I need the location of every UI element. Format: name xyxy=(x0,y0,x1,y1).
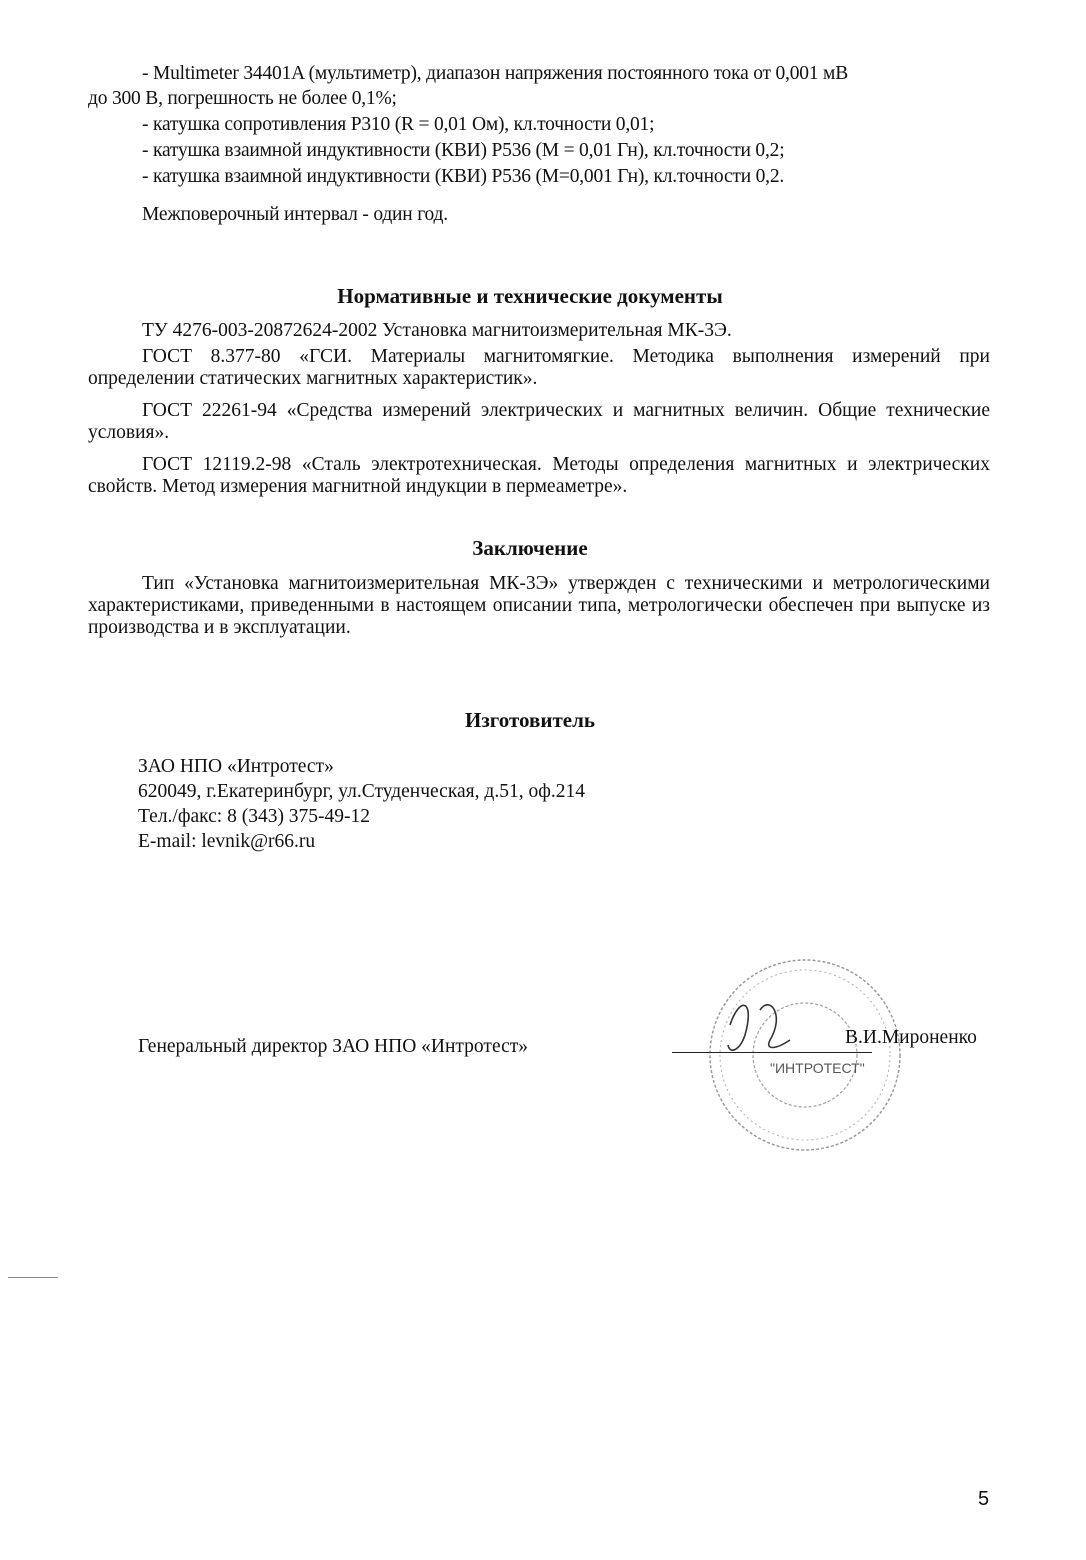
section-title-conclusion: Заключение xyxy=(80,536,980,561)
scan-artifact xyxy=(8,1277,58,1278)
svg-text:"ИНТРОТЕСТ": "ИНТРОТЕСТ" xyxy=(770,1060,865,1076)
equipment-item-multimeter-cont: до 300 В, погрешность не более 0,1%; xyxy=(88,88,397,110)
calibration-interval: Межповерочный интервал - один год. xyxy=(142,204,448,226)
page-number: 5 xyxy=(978,1488,989,1511)
manufacturer-phone: Тел./факс: 8 (343) 375-49-12 xyxy=(138,806,370,828)
normative-doc-gost-8377: ГОСТ 8.377-80 «ГСИ. Материалы магнитомяг… xyxy=(88,346,990,390)
equipment-item-inductance-coil-1: - катушка взаимной индуктивности (КВИ) Р… xyxy=(142,140,784,162)
document-page: - Multimeter 34401A (мультиметр), диапаз… xyxy=(0,0,1086,1560)
signature-line xyxy=(672,1052,872,1053)
official-seal-stamp-icon: "ИНТРОТЕСТ" xyxy=(700,955,915,1155)
equipment-item-resistance-coil: - катушка сопротивления Р310 (R = 0,01 О… xyxy=(142,114,654,136)
equipment-item-multimeter: - Multimeter 34401A (мультиметр), диапаз… xyxy=(142,63,848,85)
manufacturer-name: ЗАО НПО «Интротест» xyxy=(138,756,334,778)
normative-doc-gost-22261: ГОСТ 22261-94 «Средства измерений электр… xyxy=(88,400,990,444)
normative-doc-gost-12119: ГОСТ 12119.2-98 «Сталь электротехническа… xyxy=(88,454,990,498)
signatory-name: В.И.Мироненко xyxy=(845,1027,977,1049)
manufacturer-address: 620049, г.Екатеринбург, ул.Студенческая,… xyxy=(138,781,585,803)
conclusion-text: Тип «Установка магнитоизмерительная МК-3… xyxy=(88,573,990,639)
normative-doc-tu: ТУ 4276-003-20872624-2002 Установка магн… xyxy=(142,320,732,342)
equipment-item-inductance-coil-2: - катушка взаимной индуктивности (КВИ) Р… xyxy=(142,166,784,188)
signatory-position: Генеральный директор ЗАО НПО «Интротест» xyxy=(138,1036,528,1058)
manufacturer-email: E-mail: levnik@r66.ru xyxy=(138,831,315,853)
section-title-manufacturer: Изготовитель xyxy=(80,708,980,733)
section-title-normative: Нормативные и технические документы xyxy=(80,284,980,309)
